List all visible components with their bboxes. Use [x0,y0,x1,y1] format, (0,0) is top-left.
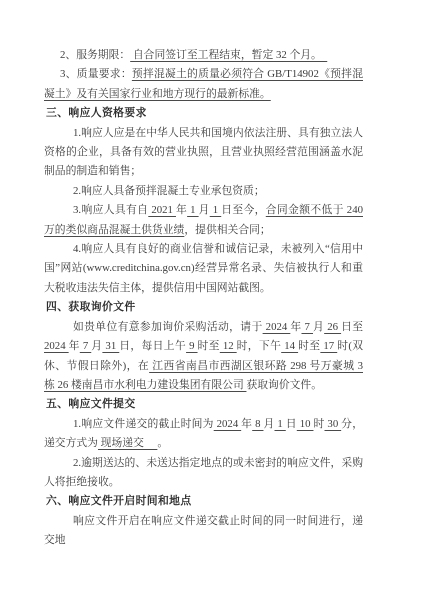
filled-blank-text: 1 [187,204,198,216]
submission-2: 2.逾期送达的、未送达指定地点的或未密封的响应文件，采购人将拒绝接收。 [44,454,363,493]
text-run: 2.逾期送达的、未送达指定地点的或未密封的响应文件，采购人将拒绝接收。 [44,457,363,488]
document-page: 2、服务期限： 自合同签订至工程结束，暂定 32 个月。 3、质量要求：预拌混凝… [0,0,423,600]
text-run: 3.响应人具有自 [73,204,148,216]
filled-blank-text: 1 [275,418,286,430]
filled-blank-text: 26 [324,321,341,333]
text-run: 三、响应人资格要求 [46,107,147,119]
text-run: 时至 [198,340,220,352]
qualification-4: 4.响应人具有良好的商业信誉和诚信记录，未被列入“信用中国”网站(www.cre… [44,240,363,298]
filled-blank-text: 1 [210,204,221,216]
clause-service-period: 2、服务期限： 自合同签订至工程结束，暂定 32 个月。 [44,46,363,65]
filled-blank-text: 30 [325,418,342,430]
text-run: 月 [263,418,274,430]
text-run: 六、响应文件开启时间和地点 [46,495,192,507]
opening-para-truncated: 响应文件开启在响应文件递交截止时间的同一时间进行，递交地 [44,512,363,551]
filled-blank-text: 2024 [263,321,291,333]
text-run: 月 [91,340,102,352]
filled-blank-text: 2024 [214,418,241,430]
filled-blank-text: 12 [220,340,237,352]
filled-blank-text: 自合同签订至工程结束，暂定 32 个月。 [130,49,327,61]
text-run: 年 [69,340,80,352]
section-3-heading: 三、响应人资格要求 [44,104,363,123]
section-5-heading: 五、响应文件提交 [44,395,363,414]
text-run: 日至今， [221,204,266,216]
qualification-3: 3.响应人具有自 2021 年 1 月 1 日至今，合同金额不低于 240 万的… [44,201,363,240]
text-run: 年 [241,418,252,430]
text-run: 时 [313,418,324,430]
text-run: 年 [290,321,301,333]
qualification-2: 2.响应人具备预拌混凝土专业承包资质； [44,182,363,201]
text-run: 五、响应文件提交 [46,398,136,410]
filled-blank-text: 8 [252,418,263,430]
text-run: 。 [157,437,168,449]
text-run: 日 [286,418,297,430]
filled-blank-text: 10 [297,418,314,430]
filled-blank-text: 7 [80,340,91,352]
text-run: 获取询价文件。 [246,379,322,391]
text-run: 1.响应人应是在中华人民共和国境内依法注册、具有独立法人资格的企业，具备有效的营… [44,127,363,178]
text-run: 四、获取询价文件 [46,301,136,313]
text-run: 响应文件开启在响应文件递交截止时间的同一时间进行，递交地 [44,515,363,546]
section-6-heading: 六、响应文件开启时间和地点 [44,492,363,511]
filled-blank-text: 17 [320,340,337,352]
text-run: 月 [313,321,324,333]
text-run: 如贵单位有意参加询价采购活动，请于 [73,321,263,333]
text-run: ，提供相关合同； [184,224,270,236]
filled-blank-text: 31 [102,340,119,352]
obtain-document-para: 如贵单位有意参加询价采购活动，请于 2024 年 7 月 26 日至 2024 … [44,318,363,396]
text-run: 日至 [341,321,363,333]
text-run: 年 [176,204,187,216]
text-run: 时，下午 [237,340,282,352]
qualification-1: 1.响应人应是在中华人民共和国境内依法注册、具有独立法人资格的企业，具备有效的营… [44,124,363,182]
text-run: 月 [199,204,210,216]
text-run: 时至 [298,340,320,352]
clause-quality-requirement: 3、质量要求：预拌混凝土的质量必须符合 GB/T14902《预拌混凝土》及有关国… [44,65,363,104]
filled-blank-text: 2021 [148,204,176,216]
text-run: 3、质量要求： [60,68,132,80]
document-body: 2、服务期限： 自合同签订至工程结束，暂定 32 个月。 3、质量要求：预拌混凝… [44,46,363,551]
filled-blank-text: 14 [281,340,298,352]
filled-blank-text: 2024 [44,340,69,352]
text-run: 2.响应人具备预拌混凝土专业承包资质； [73,185,265,197]
filled-blank-text: 7 [301,321,313,333]
submission-1: 1.响应文件递交的截止时间为 2024 年 8 月 1 日 10 时 30 分，… [44,415,363,454]
text-run: 1.响应文件递交的截止时间为 [73,418,214,430]
filled-blank-text: 9 [186,340,197,352]
text-run: 2、服务期限： [60,49,130,61]
section-4-heading: 四、获取询价文件 [44,298,363,317]
text-run: 4.响应人具有良好的商业信誉和诚信记录，未被列入“信用中国”网站(www.cre… [44,243,363,294]
text-run: 日，每日上午 [119,340,186,352]
filled-blank-text: 现场递交 [98,437,157,449]
